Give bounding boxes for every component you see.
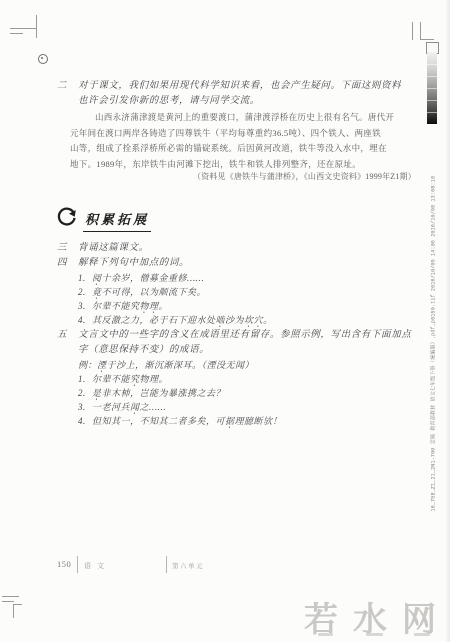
page-footer: 150 语文 第六单元 <box>0 556 450 574</box>
unit-label: 第六单元 <box>172 561 204 570</box>
section-title: 积累拓展 <box>83 209 151 232</box>
scan-edge-shading <box>445 0 450 642</box>
extract-line: 地下。1989年，东岸铁牛由河滩下挖出，铁牛和铁人排列整齐，还在原址。 <box>70 157 418 173</box>
exercise-2-number: 二 <box>57 79 78 94</box>
exercise-3: 三背诵这篇课文。 <box>57 241 417 256</box>
exercise-4-number: 四 <box>57 256 78 271</box>
extract-line: 山西永济蒲津渡是黄河上的重要渡口，蒲津渡浮桥在历史上很有名气。唐代开 <box>70 110 418 126</box>
source-extract: 山西永济蒲津渡是黄河上的重要渡口，蒲津渡浮桥在历史上很有名气。唐代开 元年间在渡… <box>70 110 418 172</box>
compass-arrow-icon <box>56 207 77 228</box>
exercise-2-line: 也许会引发你新的思考，请与同学交流。 <box>57 94 417 109</box>
exercise-4: 四解释下列句中加点的词。 <box>57 256 417 271</box>
exercise-5-number: 五 <box>57 328 78 343</box>
grayscale-calibration-bar <box>427 52 437 124</box>
extract-line: 元年间在渡口两岸各铸造了四尊铁牛（平均每尊重约36.5吨）、四个铁人、两座铁 <box>70 126 418 142</box>
footer-divider <box>77 556 78 573</box>
exercise-2-line: 二对于课文，我们如果用现代科学知识来看，也会产生疑问。下面这则资料 <box>57 79 417 94</box>
source-citation: （资料见《唐铁牛与蒲津桥》，《山西文史资料》1999年Z1期） <box>70 171 416 182</box>
footer-divider <box>166 556 167 573</box>
exercise-5-item: 4.但知其一，不知其二者多矣，可据理臆断欤！ <box>78 414 282 431</box>
exercise-2: 二对于课文，我们如果用现代科学知识来看，也会产生疑问。下面这则资料 也许会引发你… <box>57 79 417 109</box>
print-production-stamp: 16_758_Z1_21_2N1-700 定稿 教育部教材 语文七年级下册（统编… <box>430 260 437 512</box>
extract-line: 山等，组成了拴系浮桥所必需的锚碇系统。后因黄河改道，铁牛等没入水中，埋在 <box>70 141 418 157</box>
exercise-5: 五文言文中的一些字的含义在成语里还有留存。参照示例，写出含有下面加点 字（意思保… <box>57 328 417 358</box>
page-number: 150 <box>57 559 71 569</box>
registration-target-icon <box>38 54 48 64</box>
exercise-3-number: 三 <box>57 241 78 256</box>
subject-label: 语文 <box>84 561 110 571</box>
